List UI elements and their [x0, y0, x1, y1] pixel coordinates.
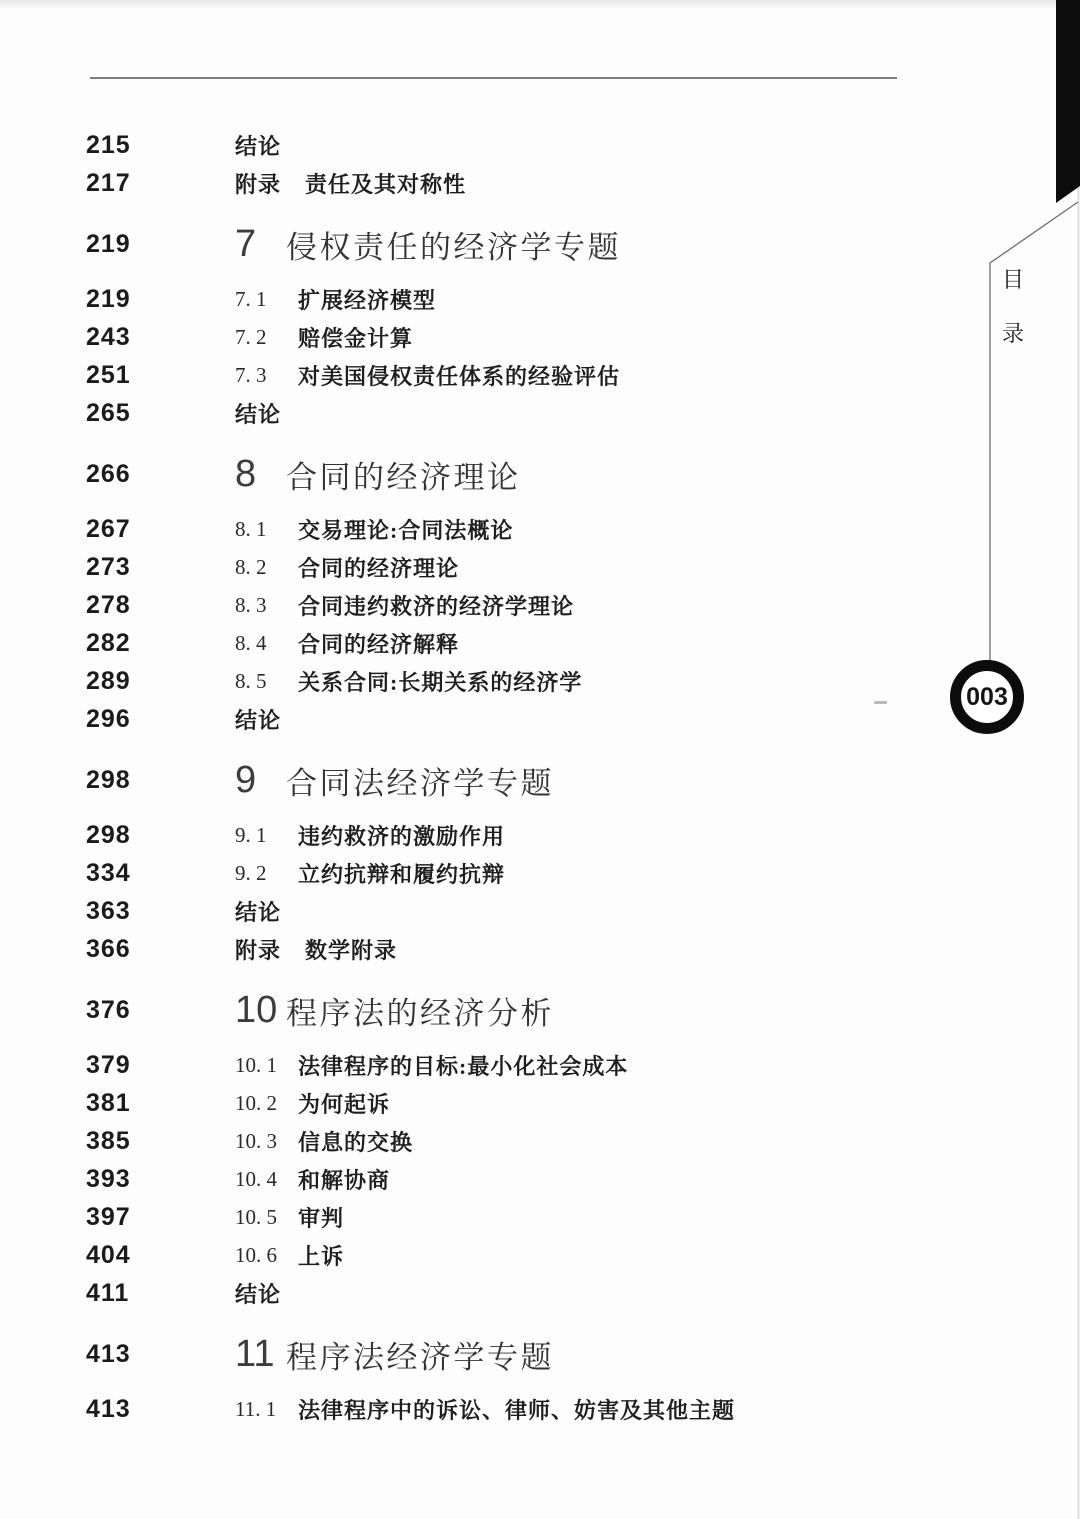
toc-entry-title: 合同的经济理论	[286, 452, 521, 497]
toc-entry: 215结论	[0, 126, 1080, 164]
toc-entry: 38110. 2为何起诉	[0, 1084, 1080, 1122]
toc-entry: 2898. 5关系合同:长期关系的经济学	[0, 662, 1080, 700]
toc-entry: 296结论	[0, 700, 1080, 738]
toc-entry-title: 法律程序中的诉讼、律师、妨害及其他主题	[298, 1394, 735, 1425]
toc-entry-title: 对美国侵权责任体系的经验评估	[298, 360, 620, 391]
toc-entry-label: 10. 6上诉	[235, 1236, 344, 1274]
toc-entry-title: 结论	[235, 1278, 281, 1309]
toc-entry-title: 信息的交换	[298, 1126, 413, 1157]
toc-entry-title: 法律程序的目标:最小化社会成本	[298, 1050, 628, 1081]
toc-entry: 38510. 3信息的交换	[0, 1122, 1080, 1160]
toc-entry-page-number: 282	[86, 624, 131, 662]
toc-entry-label: 8. 2合同的经济理论	[235, 548, 459, 586]
toc-entry-title: 合同的经济解释	[298, 628, 459, 659]
toc-entry: 40410. 6上诉	[0, 1236, 1080, 1274]
toc-entry: 366附录数学附录	[0, 930, 1080, 968]
toc-entry: 2788. 3合同违约救济的经济学理论	[0, 586, 1080, 624]
toc-entry-title: 责任及其对称性	[305, 168, 466, 199]
toc-entry-page-number: 411	[86, 1274, 129, 1312]
toc-entry-page-number: 296	[86, 700, 131, 738]
toc-section-number: 8. 4	[235, 631, 298, 656]
toc-entry-title: 程序法经济学专题	[286, 1332, 554, 1377]
toc-entry-label: 附录数学附录	[235, 930, 397, 968]
toc-entry-page-number: 289	[86, 662, 131, 700]
toc-entry: 37910. 1法律程序的目标:最小化社会成本	[0, 1046, 1080, 1084]
toc-entry-label: 7. 1扩展经济模型	[235, 280, 436, 318]
toc-entry-label: 10. 5审判	[235, 1198, 344, 1236]
toc-entry-title: 合同的经济理论	[298, 552, 459, 583]
toc-entry-page-number: 404	[86, 1236, 131, 1274]
toc-section-number: 10. 2	[235, 1091, 298, 1116]
toc-section-number: 10. 4	[235, 1167, 298, 1192]
toc-entry-title: 扩展经济模型	[298, 284, 436, 315]
toc-section-number: 8. 2	[235, 555, 298, 580]
toc-entry-page-number: 298	[86, 758, 131, 802]
toc-section-number: 9. 2	[235, 861, 298, 886]
toc-section-number: 7. 1	[235, 287, 298, 312]
toc-entry-page-number: 273	[86, 548, 131, 586]
toc-entry-label: 10. 1法律程序的目标:最小化社会成本	[235, 1046, 628, 1084]
toc-entry: 363结论	[0, 892, 1080, 930]
toc-entry-title: 结论	[235, 704, 281, 735]
toc-entry-title: 为何起诉	[298, 1088, 390, 1119]
toc-entry-label: 8. 5关系合同:长期关系的经济学	[235, 662, 582, 700]
toc-chapter-number: 11	[235, 1333, 286, 1376]
toc-entry-title: 结论	[235, 398, 281, 429]
toc-entry-title: 数学附录	[305, 934, 397, 965]
toc-entry-label: 11. 1法律程序中的诉讼、律师、妨害及其他主题	[235, 1390, 735, 1428]
toc-entry-title: 关系合同:长期关系的经济学	[298, 666, 582, 697]
toc-entry-page-number: 385	[86, 1122, 131, 1160]
toc-entry-page-number: 265	[86, 394, 131, 432]
toc-section-number: 附录	[235, 934, 305, 965]
toc-entry-title: 结论	[235, 130, 281, 161]
page-number-badge-text: 003	[966, 683, 1008, 712]
toc-entry: 411结论	[0, 1274, 1080, 1312]
toc-entry: 2678. 1交易理论:合同法概论	[0, 510, 1080, 548]
toc-entry-title: 程序法的经济分析	[286, 988, 554, 1033]
toc-chapter-number: 7	[235, 223, 286, 266]
toc-entry: 2989合同法经济学专题	[0, 758, 1080, 802]
toc-entry-page-number: 381	[86, 1084, 131, 1122]
toc-entry-label: 8合同的经济理论	[235, 452, 521, 496]
toc-entry: 265结论	[0, 394, 1080, 432]
toc-entry-page-number: 393	[86, 1160, 131, 1198]
toc-entry-label: 10程序法的经济分析	[235, 988, 554, 1032]
toc-entry-label: 结论	[235, 394, 281, 432]
toc-entry-label: 9. 2立约抗辩和履约抗辩	[235, 854, 505, 892]
toc-page: 215结论217附录责任及其对称性2197侵权责任的经济学专题2197. 1扩展…	[0, 0, 1080, 1519]
toc-section-number: 7. 3	[235, 363, 298, 388]
toc-entry-label: 结论	[235, 1274, 281, 1312]
toc-entry-page-number: 366	[86, 930, 131, 968]
toc-section-number: 11. 1	[235, 1397, 298, 1422]
toc-section-number: 8. 3	[235, 593, 298, 618]
toc-entry-title: 交易理论:合同法概论	[298, 514, 513, 545]
toc-entry-page-number: 397	[86, 1198, 131, 1236]
toc-section-number: 10. 3	[235, 1129, 298, 1154]
toc-entry-title: 合同法经济学专题	[286, 758, 554, 803]
toc-entry-label: 11程序法经济学专题	[235, 1332, 554, 1376]
toc-section-number: 10. 5	[235, 1205, 298, 1230]
toc-section-number: 8. 5	[235, 669, 298, 694]
toc-entry-page-number: 363	[86, 892, 131, 930]
toc-tab-label-char-1: 目	[1001, 269, 1025, 291]
toc-entry-page-number: 413	[86, 1332, 131, 1376]
toc-section-number: 10. 6	[235, 1243, 298, 1268]
toc-entry-label: 结论	[235, 700, 281, 738]
toc-entry-page-number: 219	[86, 222, 131, 266]
toc-entry-title: 违约救济的激励作用	[298, 820, 505, 851]
toc-entry: 2828. 4合同的经济解释	[0, 624, 1080, 662]
toc-entry-page-number: 334	[86, 854, 131, 892]
toc-entry-label: 7. 2赔偿金计算	[235, 318, 413, 356]
toc-entry-page-number: 413	[86, 1390, 131, 1428]
toc-entry: 3349. 2立约抗辩和履约抗辩	[0, 854, 1080, 892]
toc-entry: 2197. 1扩展经济模型	[0, 280, 1080, 318]
toc-entry-label: 9. 1违约救济的激励作用	[235, 816, 505, 854]
toc-chapter-number: 9	[235, 759, 286, 802]
toc-entry-label: 10. 2为何起诉	[235, 1084, 390, 1122]
toc-entry-title: 审判	[298, 1202, 344, 1233]
toc-entry-page-number: 217	[86, 164, 131, 202]
toc-section-number: 附录	[235, 168, 305, 199]
toc-entry-title: 结论	[235, 896, 281, 927]
scan-artifact-dash	[874, 701, 887, 704]
toc-list: 215结论217附录责任及其对称性2197侵权责任的经济学专题2197. 1扩展…	[0, 0, 1080, 1428]
page-number-badge: 003	[950, 660, 1024, 734]
toc-entry-page-number: 219	[86, 280, 131, 318]
toc-chapter-number: 10	[235, 989, 286, 1032]
toc-entry-label: 10. 4和解协商	[235, 1160, 390, 1198]
toc-entry-page-number: 215	[86, 126, 131, 164]
toc-entry-page-number: 267	[86, 510, 131, 548]
toc-entry: 2517. 3对美国侵权责任体系的经验评估	[0, 356, 1080, 394]
toc-entry-title: 上诉	[298, 1240, 344, 1271]
toc-section-number: 8. 1	[235, 517, 298, 542]
toc-entry-label: 7侵权责任的经济学专题	[235, 222, 621, 266]
toc-entry: 2989. 1违约救济的激励作用	[0, 816, 1080, 854]
toc-entry-title: 和解协商	[298, 1164, 390, 1195]
toc-section-number: 10. 1	[235, 1053, 298, 1078]
toc-entry: 2437. 2赔偿金计算	[0, 318, 1080, 356]
toc-entry-label: 结论	[235, 892, 281, 930]
toc-entry: 37610程序法的经济分析	[0, 988, 1080, 1032]
toc-entry-page-number: 266	[86, 452, 131, 496]
toc-entry-page-number: 278	[86, 586, 131, 624]
toc-entry: 41311程序法经济学专题	[0, 1332, 1080, 1376]
toc-section-number: 7. 2	[235, 325, 298, 350]
toc-entry-page-number: 243	[86, 318, 131, 356]
toc-entry-title: 赔偿金计算	[298, 322, 413, 353]
toc-entry: 39710. 5审判	[0, 1198, 1080, 1236]
toc-entry: 2668合同的经济理论	[0, 452, 1080, 496]
toc-entry-label: 7. 3对美国侵权责任体系的经验评估	[235, 356, 620, 394]
toc-chapter-number: 8	[235, 453, 286, 496]
toc-entry: 217附录责任及其对称性	[0, 164, 1080, 202]
toc-entry-label: 8. 3合同违约救济的经济学理论	[235, 586, 574, 624]
toc-entry-title: 侵权责任的经济学专题	[286, 222, 621, 267]
toc-entry-label: 9合同法经济学专题	[235, 758, 554, 802]
toc-entry-title: 合同违约救济的经济学理论	[298, 590, 574, 621]
toc-entry-label: 8. 1交易理论:合同法概论	[235, 510, 513, 548]
toc-entry-label: 附录责任及其对称性	[235, 164, 466, 202]
toc-section-number: 9. 1	[235, 823, 298, 848]
toc-entry: 2197侵权责任的经济学专题	[0, 222, 1080, 266]
toc-entry-label: 8. 4合同的经济解释	[235, 624, 459, 662]
toc-entry-label: 结论	[235, 126, 281, 164]
toc-entry: 2738. 2合同的经济理论	[0, 548, 1080, 586]
toc-entry-page-number: 298	[86, 816, 131, 854]
toc-entry-title: 立约抗辩和履约抗辩	[298, 858, 505, 889]
toc-entry: 39310. 4和解协商	[0, 1160, 1080, 1198]
toc-tab-label-char-2: 录	[1001, 323, 1025, 345]
toc-entry-page-number: 251	[86, 356, 131, 394]
toc-entry-label: 10. 3信息的交换	[235, 1122, 413, 1160]
toc-entry-page-number: 379	[86, 1046, 131, 1084]
toc-entry-page-number: 376	[86, 988, 131, 1032]
toc-entry: 41311. 1法律程序中的诉讼、律师、妨害及其他主题	[0, 1390, 1080, 1428]
